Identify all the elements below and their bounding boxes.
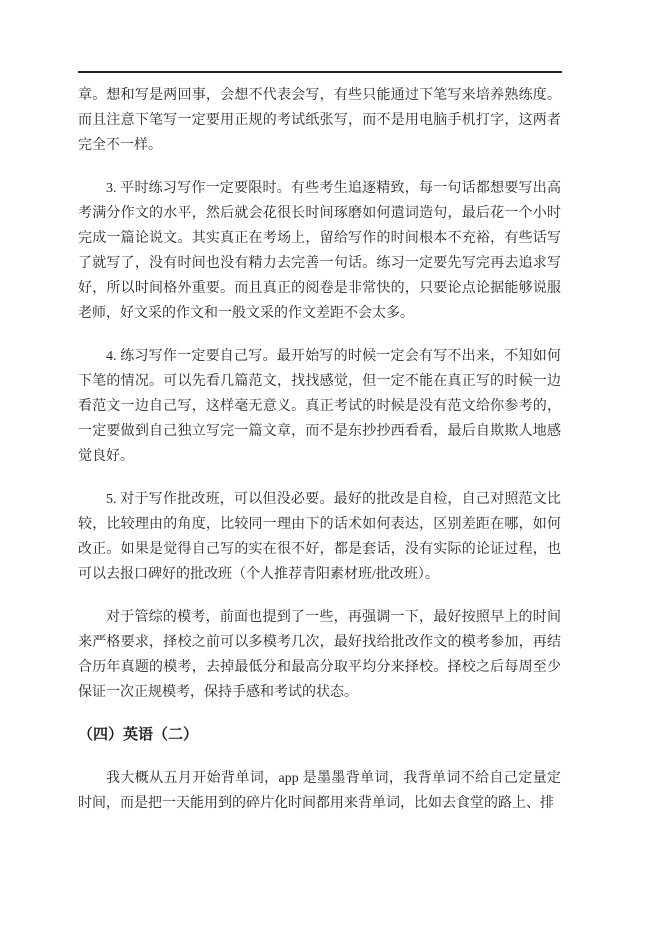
document-page: 章。想和写是两回事，会想不代表会写，有些只能通过下笔写来培养熟练度。而且注意下笔…	[0, 0, 660, 933]
paragraph-point-5-correction-class: 5. 对于写作批改班，可以但没必要。最好的批改是自检，自己对照范文比较，比较理由…	[78, 487, 561, 587]
paragraph-point-4-write-yourself: 4. 练习写作一定要自己写。最开始写的时候一定会有写不出来，不知如何下笔的情况。…	[78, 344, 561, 469]
section-heading-english-two: （四）英语（二）	[78, 723, 561, 748]
paragraph-mock-exam-advice: 对于管综的模考，前面也提到了一些，再强调一下，最好按照早上的时间来严格要求，择校…	[78, 605, 561, 705]
paragraph-english-intro: 我大概从五月开始背单词，app 是墨墨背单词，我背单词不给自己定量定时间，而是把…	[78, 766, 561, 816]
document-body: 章。想和写是两回事，会想不代表会写，有些只能通过下笔写来培养熟练度。而且注意下笔…	[78, 83, 561, 816]
header-rule	[78, 71, 562, 73]
paragraph-continuation: 章。想和写是两回事，会想不代表会写，有些只能通过下笔写来培养熟练度。而且注意下笔…	[78, 83, 561, 158]
paragraph-point-3-timed-practice: 3. 平时练习写作一定要限时。有些考生追逐精致，每一句话都想要写出高考满分作文的…	[78, 176, 561, 326]
